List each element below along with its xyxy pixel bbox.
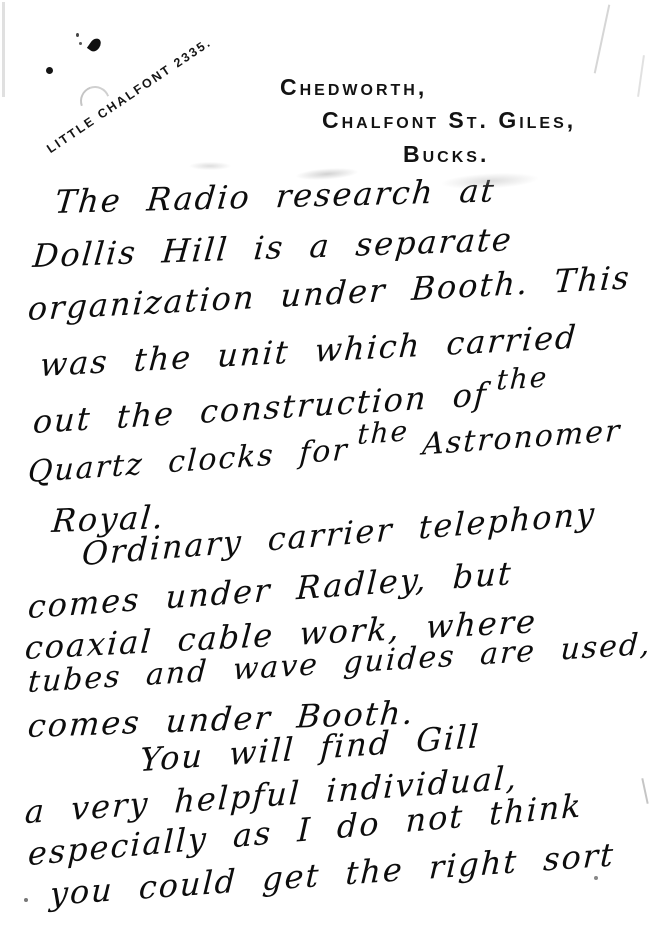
- ink-dot: [46, 67, 53, 74]
- inserted-word-above-line: the: [496, 360, 550, 396]
- scan-streak: [637, 55, 645, 97]
- handwritten-line: The Radio research at: [53, 171, 497, 221]
- letterhead-county: Bucks.: [403, 141, 489, 168]
- ink-speck: [79, 42, 82, 45]
- ink-blob: [87, 36, 103, 53]
- line-text: The Radio research at: [53, 171, 497, 221]
- letter-page: LITTLE CHALFONT 2335. Chedworth, Chalfon…: [0, 0, 650, 949]
- scan-streak: [594, 5, 611, 74]
- scan-smudge: [180, 160, 240, 172]
- ink-speck: [24, 898, 28, 902]
- line-text: Quartz clocks for: [27, 432, 349, 490]
- ink-speck: [76, 33, 79, 37]
- scan-streak: [641, 778, 648, 804]
- ink-speck: [594, 876, 598, 880]
- telephone-number-stamp: LITTLE CHALFONT 2335.: [44, 35, 214, 156]
- letterhead-town: Chalfont St. Giles,: [322, 107, 576, 134]
- line-text: Astronomer: [421, 413, 622, 462]
- handwritten-line: Dollis Hill is a separate: [31, 220, 514, 275]
- letterhead-house-name: Chedworth,: [280, 74, 427, 101]
- line-text: Dollis Hill is a separate: [31, 220, 514, 275]
- scan-streak: [2, 2, 5, 97]
- inserted-word-above-line: the: [357, 414, 410, 451]
